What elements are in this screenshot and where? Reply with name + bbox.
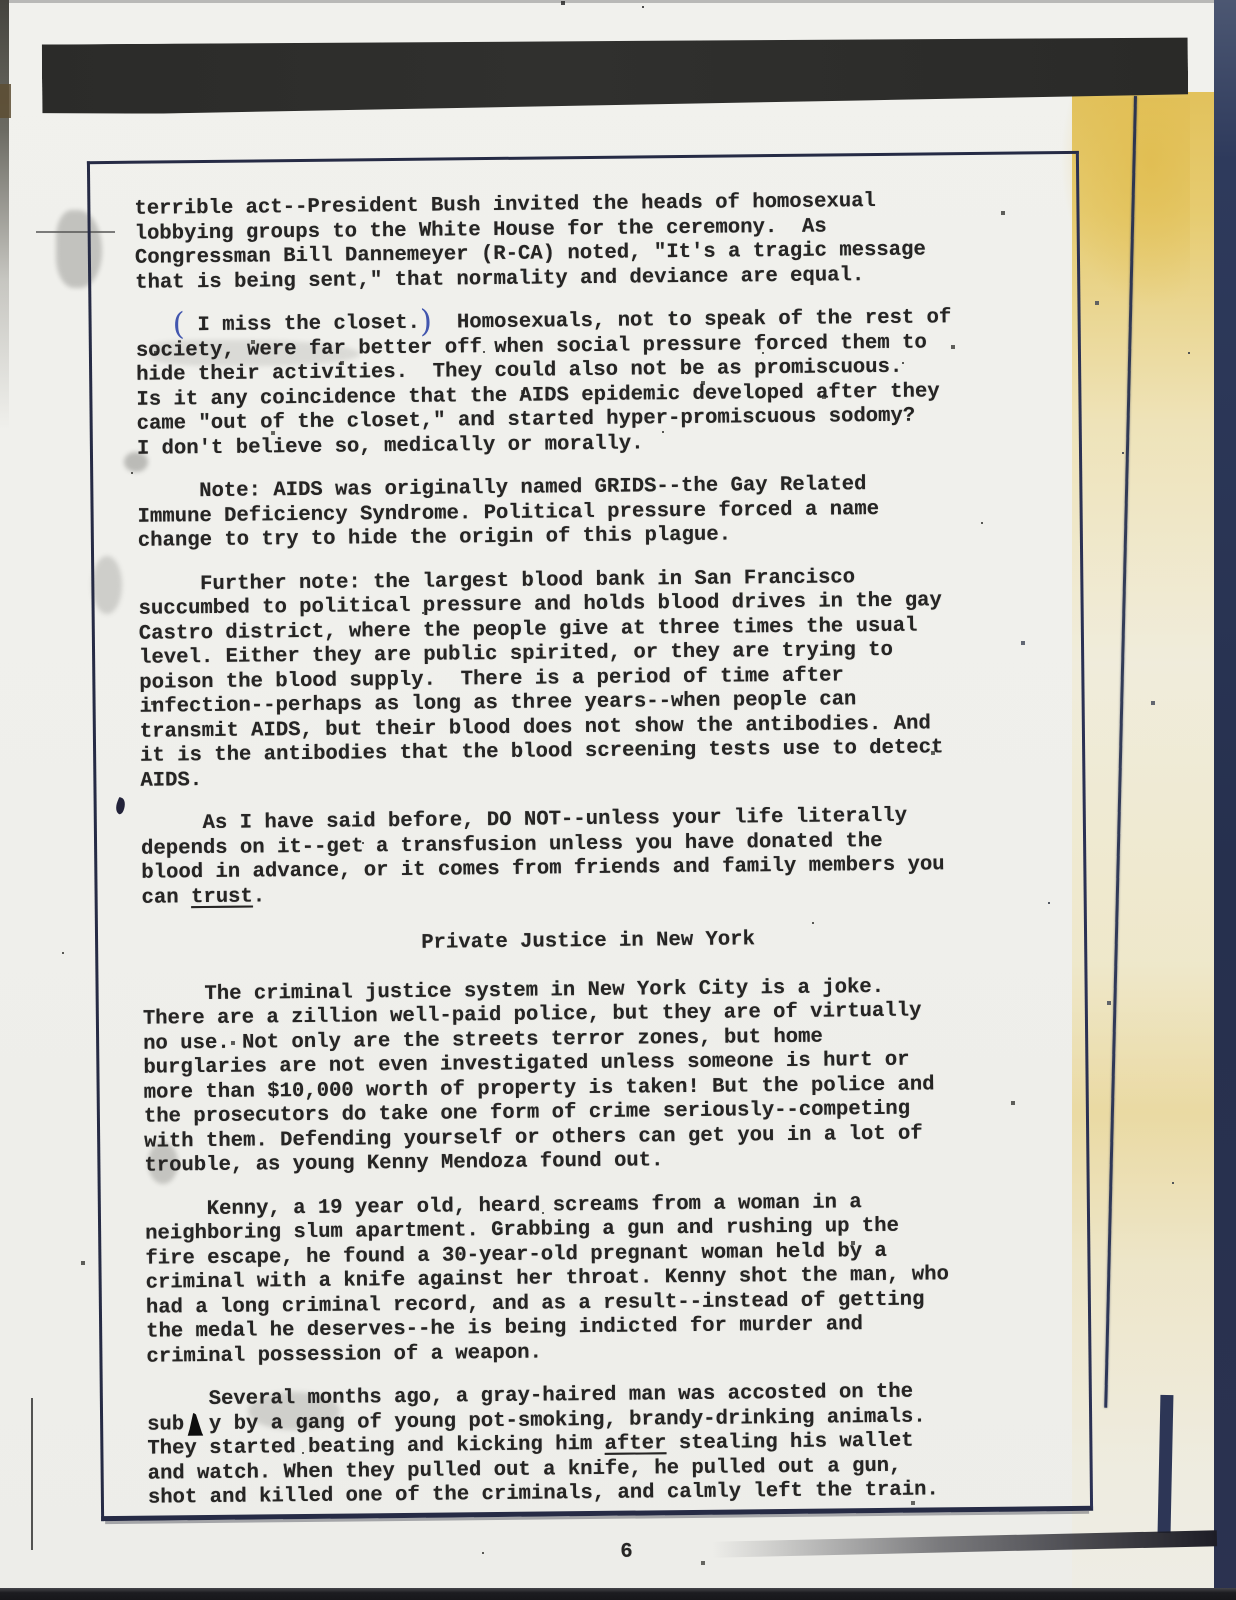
underlined-text: after [605, 1432, 667, 1456]
paragraphs-before-heading: terrible act--President Bush invited the… [134, 188, 1033, 910]
page-frame: terrible act--President Bush invited the… [87, 151, 1093, 1521]
text-segment: stealing his wallet [666, 1430, 913, 1456]
text-segment: . [253, 885, 266, 908]
underlined-text: trust [191, 885, 253, 909]
text-segment: change to try to hide the origin of this… [138, 524, 731, 553]
scan-right-edge-band [1214, 0, 1236, 1600]
text-segment: criminal possession of a weapon. [146, 1341, 542, 1368]
scan-speckle-noise [0, 0, 2, 2]
paragraph: The criminal justice system in New York … [143, 974, 1037, 1179]
page-number: 6 [148, 1536, 1040, 1570]
document-text: terrible act--President Bush invited the… [134, 188, 1040, 1569]
scan-top-edge-shadow [0, 0, 1236, 3]
text-segment [136, 314, 173, 337]
text-segment: AIDS. [140, 769, 202, 793]
scan-bottom-edge-band [0, 1588, 1236, 1600]
paragraph: As I have said before, DO NOT--unless yo… [141, 803, 1034, 910]
paragraph: Several months ago, a gray-haired man wa… [147, 1379, 1040, 1511]
scanned-document-page: terrible act--President Bush invited the… [0, 0, 1236, 1600]
paragraph: ( I miss the closet.) Homosexuals, not t… [136, 305, 1029, 461]
bottom-left-edge-line [31, 1398, 33, 1550]
text-segment: I miss the closet. [185, 312, 420, 337]
scan-left-edge-shadow [0, 0, 9, 430]
text-segment: Homosexuals, not to speak of the rest of [432, 306, 951, 334]
aged-paper-edge [1072, 92, 1218, 1592]
paragraph: Note: AIDS was originally named GRIDS--t… [137, 471, 1030, 554]
ink-blot-mark: wa [184, 1413, 209, 1436]
text-segment: sub [147, 1413, 184, 1436]
text-segment: They started beating and kicking him [147, 1433, 604, 1461]
text-segment: I don't believe so, medically or morally… [137, 432, 644, 460]
paragraph: Kenny, a 19 year old, heard screams from… [145, 1189, 1039, 1370]
section-heading: Private Justice in New York [142, 925, 1034, 959]
scan-left-edge-notch [0, 84, 11, 118]
redaction-bar [42, 36, 1189, 115]
text-segment: can [142, 886, 192, 910]
text-segment: trouble, as young Kenny Mendoza found ou… [144, 1149, 663, 1177]
paragraph: Further note: the largest blood bank in … [138, 564, 1032, 794]
paragraph: terrible act--President Bush invited the… [134, 188, 1027, 295]
paragraphs-after-heading: The criminal justice system in New York … [143, 974, 1040, 1511]
